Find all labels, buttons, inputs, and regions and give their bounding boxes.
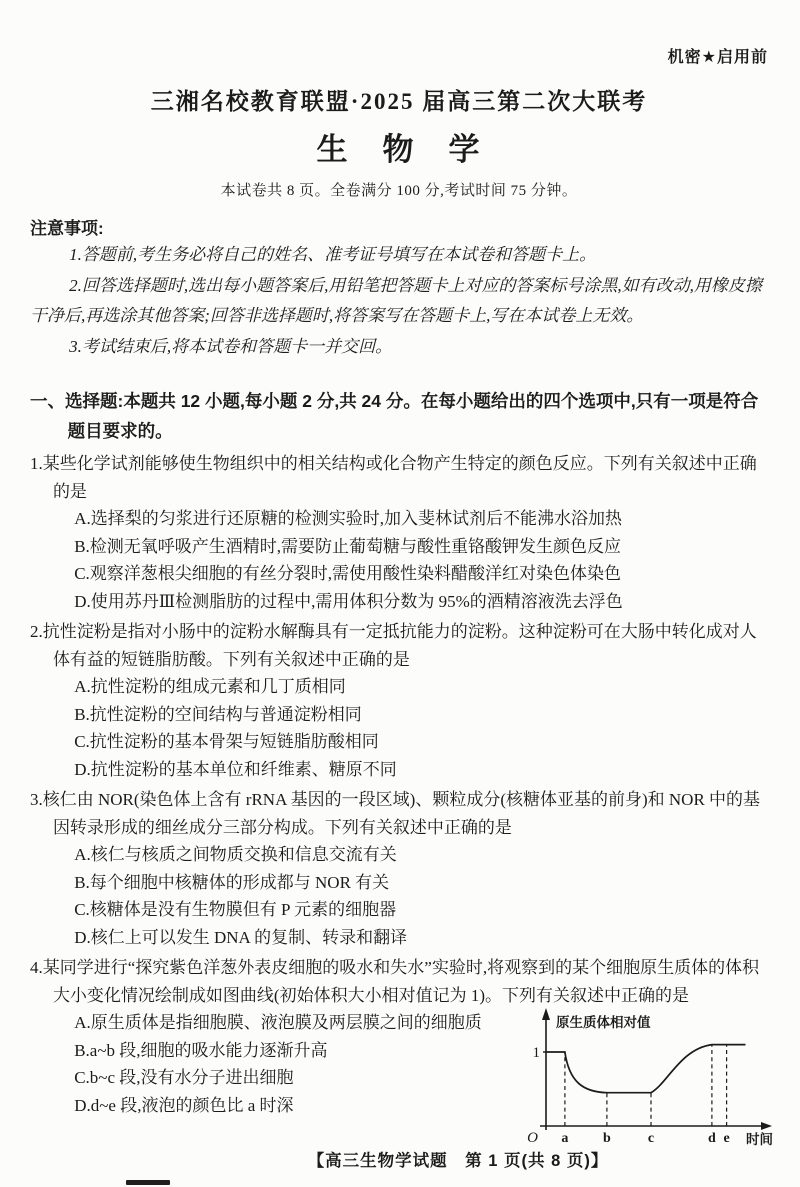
notice-heading: 注意事项: <box>30 214 768 239</box>
svg-text:1: 1 <box>533 1045 541 1061</box>
question-4: 4.某同学进行“探究紫色洋葱外表皮细胞的吸水和失水”实验时,将观察到的某个细胞原… <box>30 954 768 1119</box>
question-1-option-a: A.选择梨的匀浆进行还原糖的检测实验时,加入斐林试剂后不能沸水浴加热 <box>30 505 768 533</box>
question-4-stem: 4.某同学进行“探究紫色洋葱外表皮细胞的吸水和失水”实验时,将观察到的某个细胞原… <box>30 954 768 1009</box>
svg-text:b: b <box>603 1131 611 1146</box>
question-2-stem: 2.抗性淀粉是指对小肠中的淀粉水解酶具有一定抵抗能力的淀粉。这种淀粉可在大肠中转… <box>30 618 768 673</box>
notice-item-3: 3.考试结束后,将本试卷和答题卡一并交回。 <box>30 332 768 362</box>
classified-marking: 机密★启用前 <box>30 44 768 67</box>
question-3-option-b: B.每个细胞中核糖体的形成都与 NOR 有关 <box>30 869 768 897</box>
svg-text:c: c <box>648 1131 654 1146</box>
question-2-option-d: D.抗性淀粉的基本单位和纤维素、糖原不同 <box>30 756 768 784</box>
page-footer: 【高三生物学试题 第 1 页(共 8 页)】 <box>30 1147 768 1171</box>
section-heading: 一、选择题:本题共 12 小题,每小题 2 分,共 24 分。在每小题给出的四个… <box>30 386 768 446</box>
exam-page: 机密★启用前 三湘名校教育联盟·2025 届高三第二次大联考 生 物 学 本试卷… <box>0 0 800 1187</box>
notice-item-1: 1.答题前,考生务必将自己的姓名、准考证号填写在本试卷和答题卡上。 <box>30 240 768 270</box>
svg-text:O: O <box>527 1130 538 1146</box>
svg-text:a: a <box>561 1131 568 1146</box>
question-2-option-c: C.抗性淀粉的基本骨架与短链脂肪酸相同 <box>30 728 768 756</box>
question-1-option-b: B.检测无氧呼吸产生酒精时,需要防止葡萄糖与酸性重铬酸钾发生颜色反应 <box>30 533 768 561</box>
question-3-stem: 3.核仁由 NOR(染色体上含有 rRNA 基因的一段区域)、颗粒成分(核糖体亚… <box>30 786 768 841</box>
question-3-option-a: A.核仁与核质之间物质交换和信息交流有关 <box>30 841 768 869</box>
exam-info-line: 本试卷共 8 页。全卷满分 100 分,考试时间 75 分钟。 <box>30 179 768 200</box>
question-2-option-a: A.抗性淀粉的组成元素和几丁质相同 <box>30 673 768 701</box>
question-3: 3.核仁由 NOR(染色体上含有 rRNA 基因的一段区域)、颗粒成分(核糖体亚… <box>30 786 768 951</box>
svg-text:d: d <box>708 1131 716 1146</box>
svg-text:时间: 时间 <box>746 1131 773 1147</box>
question-3-option-d: D.核仁上可以发生 DNA 的复制、转录和翻译 <box>30 924 768 952</box>
svg-text:e: e <box>723 1131 729 1146</box>
question-1-stem: 1.某些化学试剂能够使生物组织中的相关结构或化合物产生特定的颜色反应。下列有关叙… <box>30 450 768 505</box>
question-2: 2.抗性淀粉是指对小肠中的淀粉水解酶具有一定抵抗能力的淀粉。这种淀粉可在大肠中转… <box>30 618 768 783</box>
subject-title: 生 物 学 <box>30 124 768 169</box>
notice-item-2: 2.回答选择题时,选出每小题答案后,用铅笔把答题卡上对应的答案标号涂黑,如有改动… <box>30 271 768 331</box>
scan-artifact-bar <box>126 1180 170 1185</box>
svg-text:原生质体相对值: 原生质体相对值 <box>556 1014 651 1030</box>
question-2-option-b: B.抗性淀粉的空间结构与普通淀粉相同 <box>30 701 768 729</box>
exam-title: 三湘名校教育联盟·2025 届高三第二次大联考 <box>30 83 768 116</box>
question-1: 1.某些化学试剂能够使生物组织中的相关结构或化合物产生特定的颜色反应。下列有关叙… <box>30 450 768 615</box>
protoplast-volume-line-chart: abcde1O原生质体相对值时间 <box>522 1002 774 1150</box>
question-1-option-c: C.观察洋葱根尖细胞的有丝分裂时,需使用酸性染料醋酸洋红对染色体染色 <box>30 560 768 588</box>
question-3-option-c: C.核糖体是没有生物膜但有 P 元素的细胞器 <box>30 896 768 924</box>
question-1-option-d: D.使用苏丹Ⅲ检测脂肪的过程中,需用体积分数为 95%的酒精溶液洗去浮色 <box>30 588 768 616</box>
